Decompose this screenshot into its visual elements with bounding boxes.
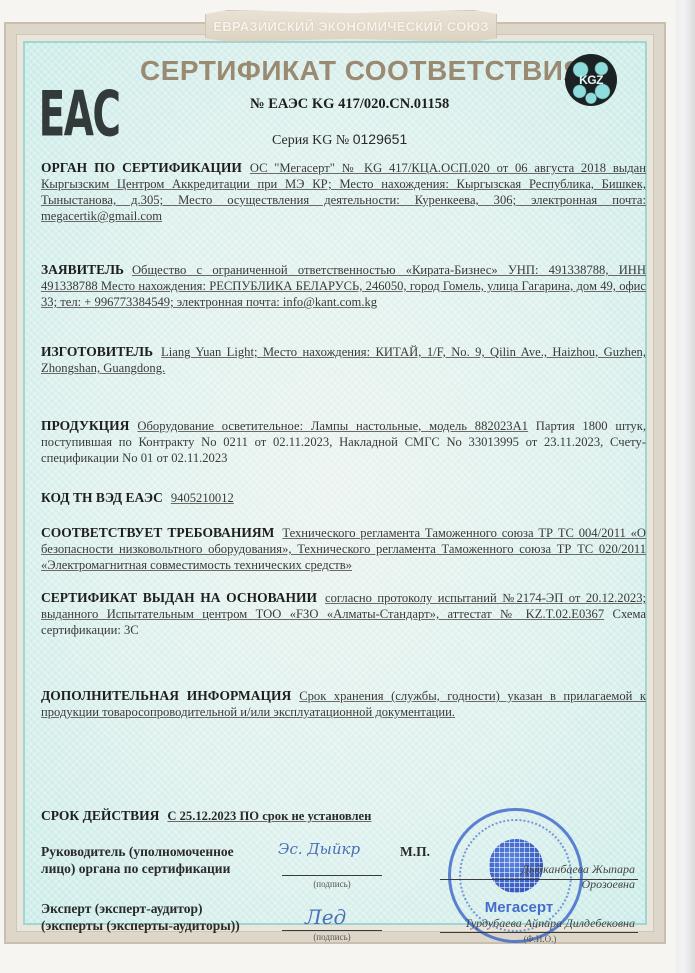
eac-mark-icon: EAC	[49, 65, 110, 163]
section-certification-body: ОРГАН ПО СЕРТИФИКАЦИИОС "Мегасерт" № KG …	[41, 160, 646, 224]
head-signature: Эс. Дыйкр	[278, 840, 360, 858]
expert-name-caption: (Ф.И.О.)	[510, 934, 570, 944]
section-value-underlined: Оборудование осветительное: Лампы настол…	[137, 419, 528, 433]
series-number: 0129651	[353, 131, 408, 147]
section-tn-ved-code: КОД ТН ВЭД ЕАЭС9405210012	[41, 490, 646, 506]
head-signatory-label: Руководитель (уполномоченное лицо) орган…	[41, 843, 234, 877]
eaeu-banner: ЕВРАЗИЙСКИЙ ЭКОНОМИЧЕСКИЙ СОЮЗ	[205, 10, 497, 42]
section-additional-info: ДОПОЛНИТЕЛЬНАЯ ИНФОРМАЦИЯСрок хранения (…	[41, 688, 646, 720]
head-name-line	[440, 879, 638, 880]
section-label: СРОК ДЕЙСТВИЯ	[41, 808, 159, 823]
head-signature-line	[282, 875, 382, 876]
expert-signature: Лед	[305, 905, 346, 929]
kgz-hologram-icon: KGZ	[565, 54, 617, 106]
certificate-number: № ЕАЭС KG 417/020.CN.01158	[250, 96, 500, 113]
section-label: ПРОДУКЦИЯ	[41, 418, 129, 433]
section-value: Общество с ограниченной ответственностью…	[41, 263, 646, 309]
page-edge-shadow	[676, 0, 695, 973]
certificate-sheet: ЕВРАЗИЙСКИЙ ЭКОНОМИЧЕСКИЙ СОЮЗ EAC СЕРТИ…	[0, 0, 676, 973]
series-label: Серия KG №	[272, 133, 349, 148]
head-label-line2: лицо) органа по сертификации	[41, 860, 234, 877]
head-full-name: Дыйканбаева Жыпара Орозоевна	[465, 862, 635, 892]
section-label: ЗАЯВИТЕЛЬ	[41, 262, 124, 277]
section-product: ПРОДУКЦИЯОборудование осветительное: Лам…	[41, 418, 646, 466]
head-label-line1: Руководитель (уполномоченное	[41, 843, 234, 860]
section-value: 9405210012	[171, 491, 234, 505]
stamp-text: Мегасерт	[469, 899, 569, 916]
section-issued-on-basis: СЕРТИФИКАТ ВЫДАН НА ОСНОВАНИИсогласно пр…	[41, 590, 646, 638]
expert-signatory-label: Эксперт (эксперт-аудитор) (эксперты (экс…	[41, 900, 240, 934]
section-label: СООТВЕТСТВУЕТ ТРЕБОВАНИЯМ	[41, 525, 274, 540]
expert-name-line	[440, 932, 638, 933]
seal-mark: М.П.	[400, 844, 430, 860]
section-label: СЕРТИФИКАТ ВЫДАН НА ОСНОВАНИИ	[41, 590, 317, 605]
certificate-title: СЕРТИФИКАТ СООТВЕТСТВИЯ	[140, 55, 540, 87]
section-applicant: ЗАЯВИТЕЛЬОбщество с ограниченной ответст…	[41, 262, 646, 310]
section-label: КОД ТН ВЭД ЕАЭС	[41, 490, 163, 505]
expert-signature-caption: (подпись)	[282, 932, 382, 942]
section-manufacturer: ИЗГОТОВИТЕЛЬLiang Yuan Light; Место нахо…	[41, 344, 646, 376]
section-value: С 25.12.2023 ПО срок не установлен	[167, 809, 371, 823]
expert-full-name: Турдубаева Айпара Дилдебековна	[460, 916, 635, 931]
section-label: ОРГАН ПО СЕРТИФИКАЦИИ	[41, 160, 242, 175]
expert-signature-line	[282, 930, 382, 931]
section-label: ДОПОЛНИТЕЛЬНАЯ ИНФОРМАЦИЯ	[41, 688, 291, 703]
section-complies-with: СООТВЕТСТВУЕТ ТРЕБОВАНИЯМТехнического ре…	[41, 525, 646, 573]
head-signature-caption: (подпись)	[282, 879, 382, 889]
expert-label-line2: (эксперты (эксперты-аудиторы))	[41, 917, 240, 934]
series-line: Серия KG № 0129651	[272, 131, 407, 149]
expert-label-line1: Эксперт (эксперт-аудитор)	[41, 900, 240, 917]
section-label: ИЗГОТОВИТЕЛЬ	[41, 344, 153, 359]
